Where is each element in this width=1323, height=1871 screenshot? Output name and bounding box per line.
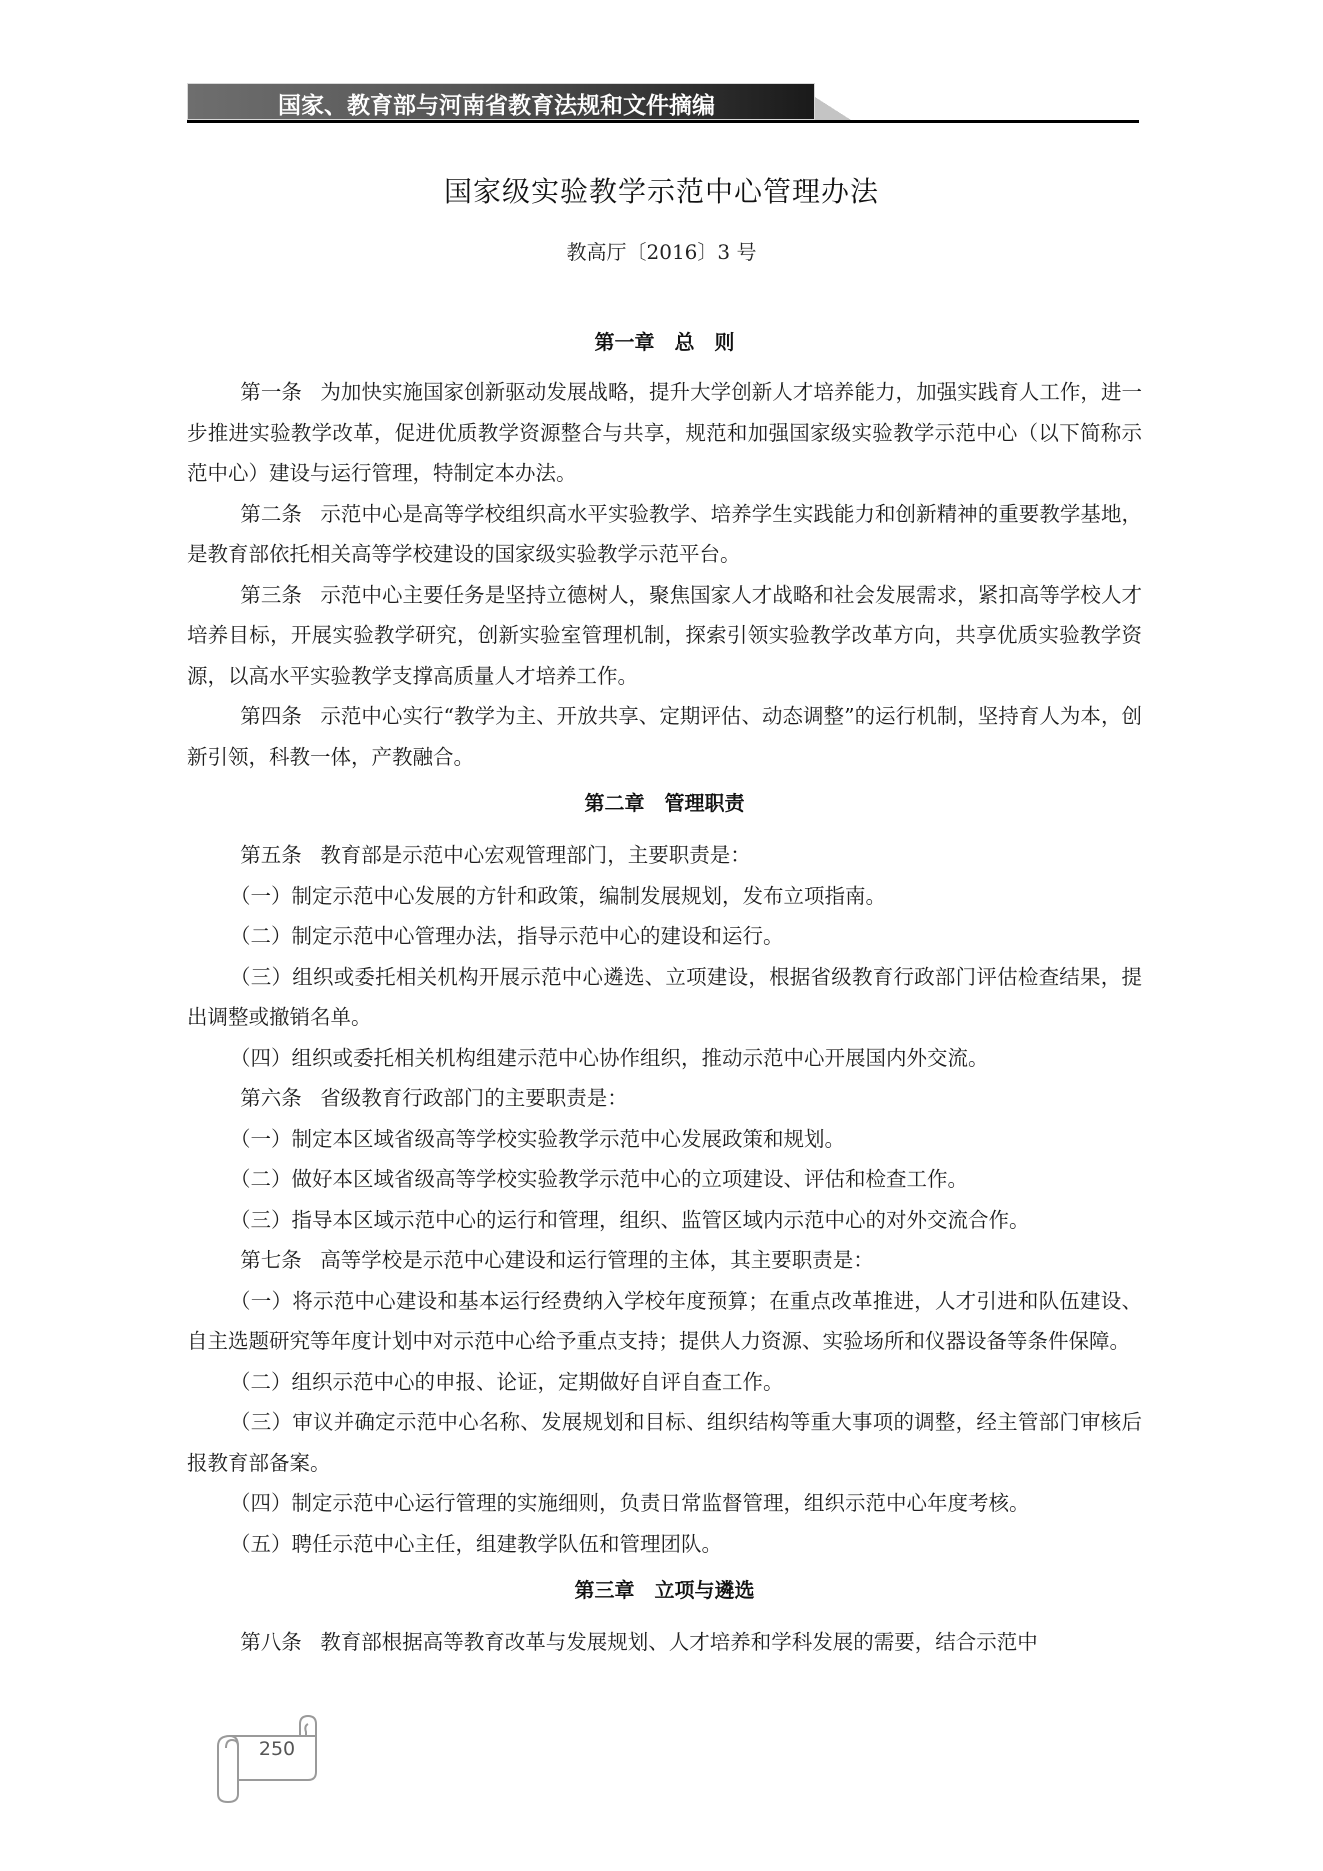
document-body: 第一章 总 则 第一条为加快实施国家创新驱动发展战略，提升大学创新人才培养能力，… [187, 322, 1142, 1663]
running-header: 国家、教育部与河南省教育法规和文件摘编 [187, 83, 1139, 123]
article: 第五条教育部是示范中心宏观管理部门，主要职责是： [187, 835, 1142, 876]
article-text: 为加快实施国家创新驱动发展战略，提升大学创新人才培养能力，加强实践育人工作，进一… [187, 380, 1142, 485]
chapter-heading: 第一章 总 则 [187, 322, 1142, 362]
header-rule [187, 120, 1139, 123]
list-item: （五）聘任示范中心主任，组建教学队伍和管理团队。 [187, 1524, 1142, 1565]
document-number: 教高厅〔2016〕3 号 [0, 236, 1323, 265]
list-item: （四）制定示范中心运行管理的实施细则，负责日常监督管理，组织示范中心年度考核。 [187, 1483, 1142, 1524]
article: 第三条示范中心主要任务是坚持立德树人，聚焦国家人才战略和社会发展需求，紧扣高等学… [187, 575, 1142, 697]
document-title: 国家级实验教学示范中心管理办法 [0, 170, 1323, 210]
list-item: （三）指导本区域示范中心的运行和管理，组织、监管区域内示范中心的对外交流合作。 [187, 1200, 1142, 1241]
article-text: 示范中心实行“教学为主、开放共享、定期评估、动态调整”的运行机制，坚持育人为本，… [187, 704, 1142, 769]
chapter-heading: 第三章 立项与遴选 [187, 1570, 1142, 1610]
list-item: （四）组织或委托相关机构组建示范中心协作组织，推动示范中心开展国内外交流。 [187, 1038, 1142, 1079]
page-number-badge: 250 [208, 1712, 328, 1808]
scroll-banner-icon [208, 1712, 328, 1808]
list-item: （三）组织或委托相关机构开展示范中心遴选、立项建设，根据省级教育行政部门评估检查… [187, 957, 1142, 1038]
list-item: （二）制定示范中心管理办法，指导示范中心的建设和运行。 [187, 916, 1142, 957]
article-label: 第六条 [240, 1086, 302, 1110]
article-text: 示范中心是高等学校组织高水平实验教学、培养学生实践能力和创新精神的重要教学基地，… [187, 502, 1142, 567]
list-item: （一）将示范中心建设和基本运行经费纳入学校年度预算；在重点改革推进，人才引进和队… [187, 1281, 1142, 1362]
article: 第六条省级教育行政部门的主要职责是： [187, 1078, 1142, 1119]
list-item: （二）组织示范中心的申报、论证，定期做好自评自查工作。 [187, 1362, 1142, 1403]
article: 第二条示范中心是高等学校组织高水平实验教学、培养学生实践能力和创新精神的重要教学… [187, 494, 1142, 575]
article-label: 第八条 [240, 1630, 302, 1654]
list-item: （二）做好本区域省级高等学校实验教学示范中心的立项建设、评估和检查工作。 [187, 1159, 1142, 1200]
list-item: （一）制定示范中心发展的方针和政策，编制发展规划，发布立项指南。 [187, 876, 1142, 917]
article-label: 第一条 [240, 380, 302, 404]
running-header-title: 国家、教育部与河南省教育法规和文件摘编 [278, 87, 715, 120]
header-tab-tail [815, 97, 851, 120]
article: 第一条为加快实施国家创新驱动发展战略，提升大学创新人才培养能力，加强实践育人工作… [187, 372, 1142, 494]
article-label: 第二条 [240, 502, 302, 526]
article-text: 示范中心主要任务是坚持立德树人，聚焦国家人才战略和社会发展需求，紧扣高等学校人才… [187, 583, 1142, 688]
article-text: 高等学校是示范中心建设和运行管理的主体，其主要职责是： [320, 1248, 874, 1272]
article-text: 省级教育行政部门的主要职责是： [320, 1086, 628, 1110]
article: 第七条高等学校是示范中心建设和运行管理的主体，其主要职责是： [187, 1240, 1142, 1281]
article: 第四条示范中心实行“教学为主、开放共享、定期评估、动态调整”的运行机制，坚持育人… [187, 696, 1142, 777]
chapter-heading: 第二章 管理职责 [187, 783, 1142, 823]
page-number: 250 [252, 1738, 302, 1760]
article-label: 第五条 [240, 843, 302, 867]
list-item: （三）审议并确定示范中心名称、发展规划和目标、组织结构等重大事项的调整，经主管部… [187, 1402, 1142, 1483]
article-label: 第四条 [240, 704, 302, 728]
article-text: 教育部是示范中心宏观管理部门，主要职责是： [320, 843, 751, 867]
running-header-bar: 国家、教育部与河南省教育法规和文件摘编 [187, 83, 815, 120]
list-item: （一）制定本区域省级高等学校实验教学示范中心发展政策和规划。 [187, 1119, 1142, 1160]
article-label: 第三条 [240, 583, 302, 607]
article-text: 教育部根据高等教育改革与发展规划、人才培养和学科发展的需要，结合示范中 [320, 1630, 1038, 1654]
article-label: 第七条 [240, 1248, 302, 1272]
article: 第八条教育部根据高等教育改革与发展规划、人才培养和学科发展的需要，结合示范中 [187, 1622, 1142, 1663]
